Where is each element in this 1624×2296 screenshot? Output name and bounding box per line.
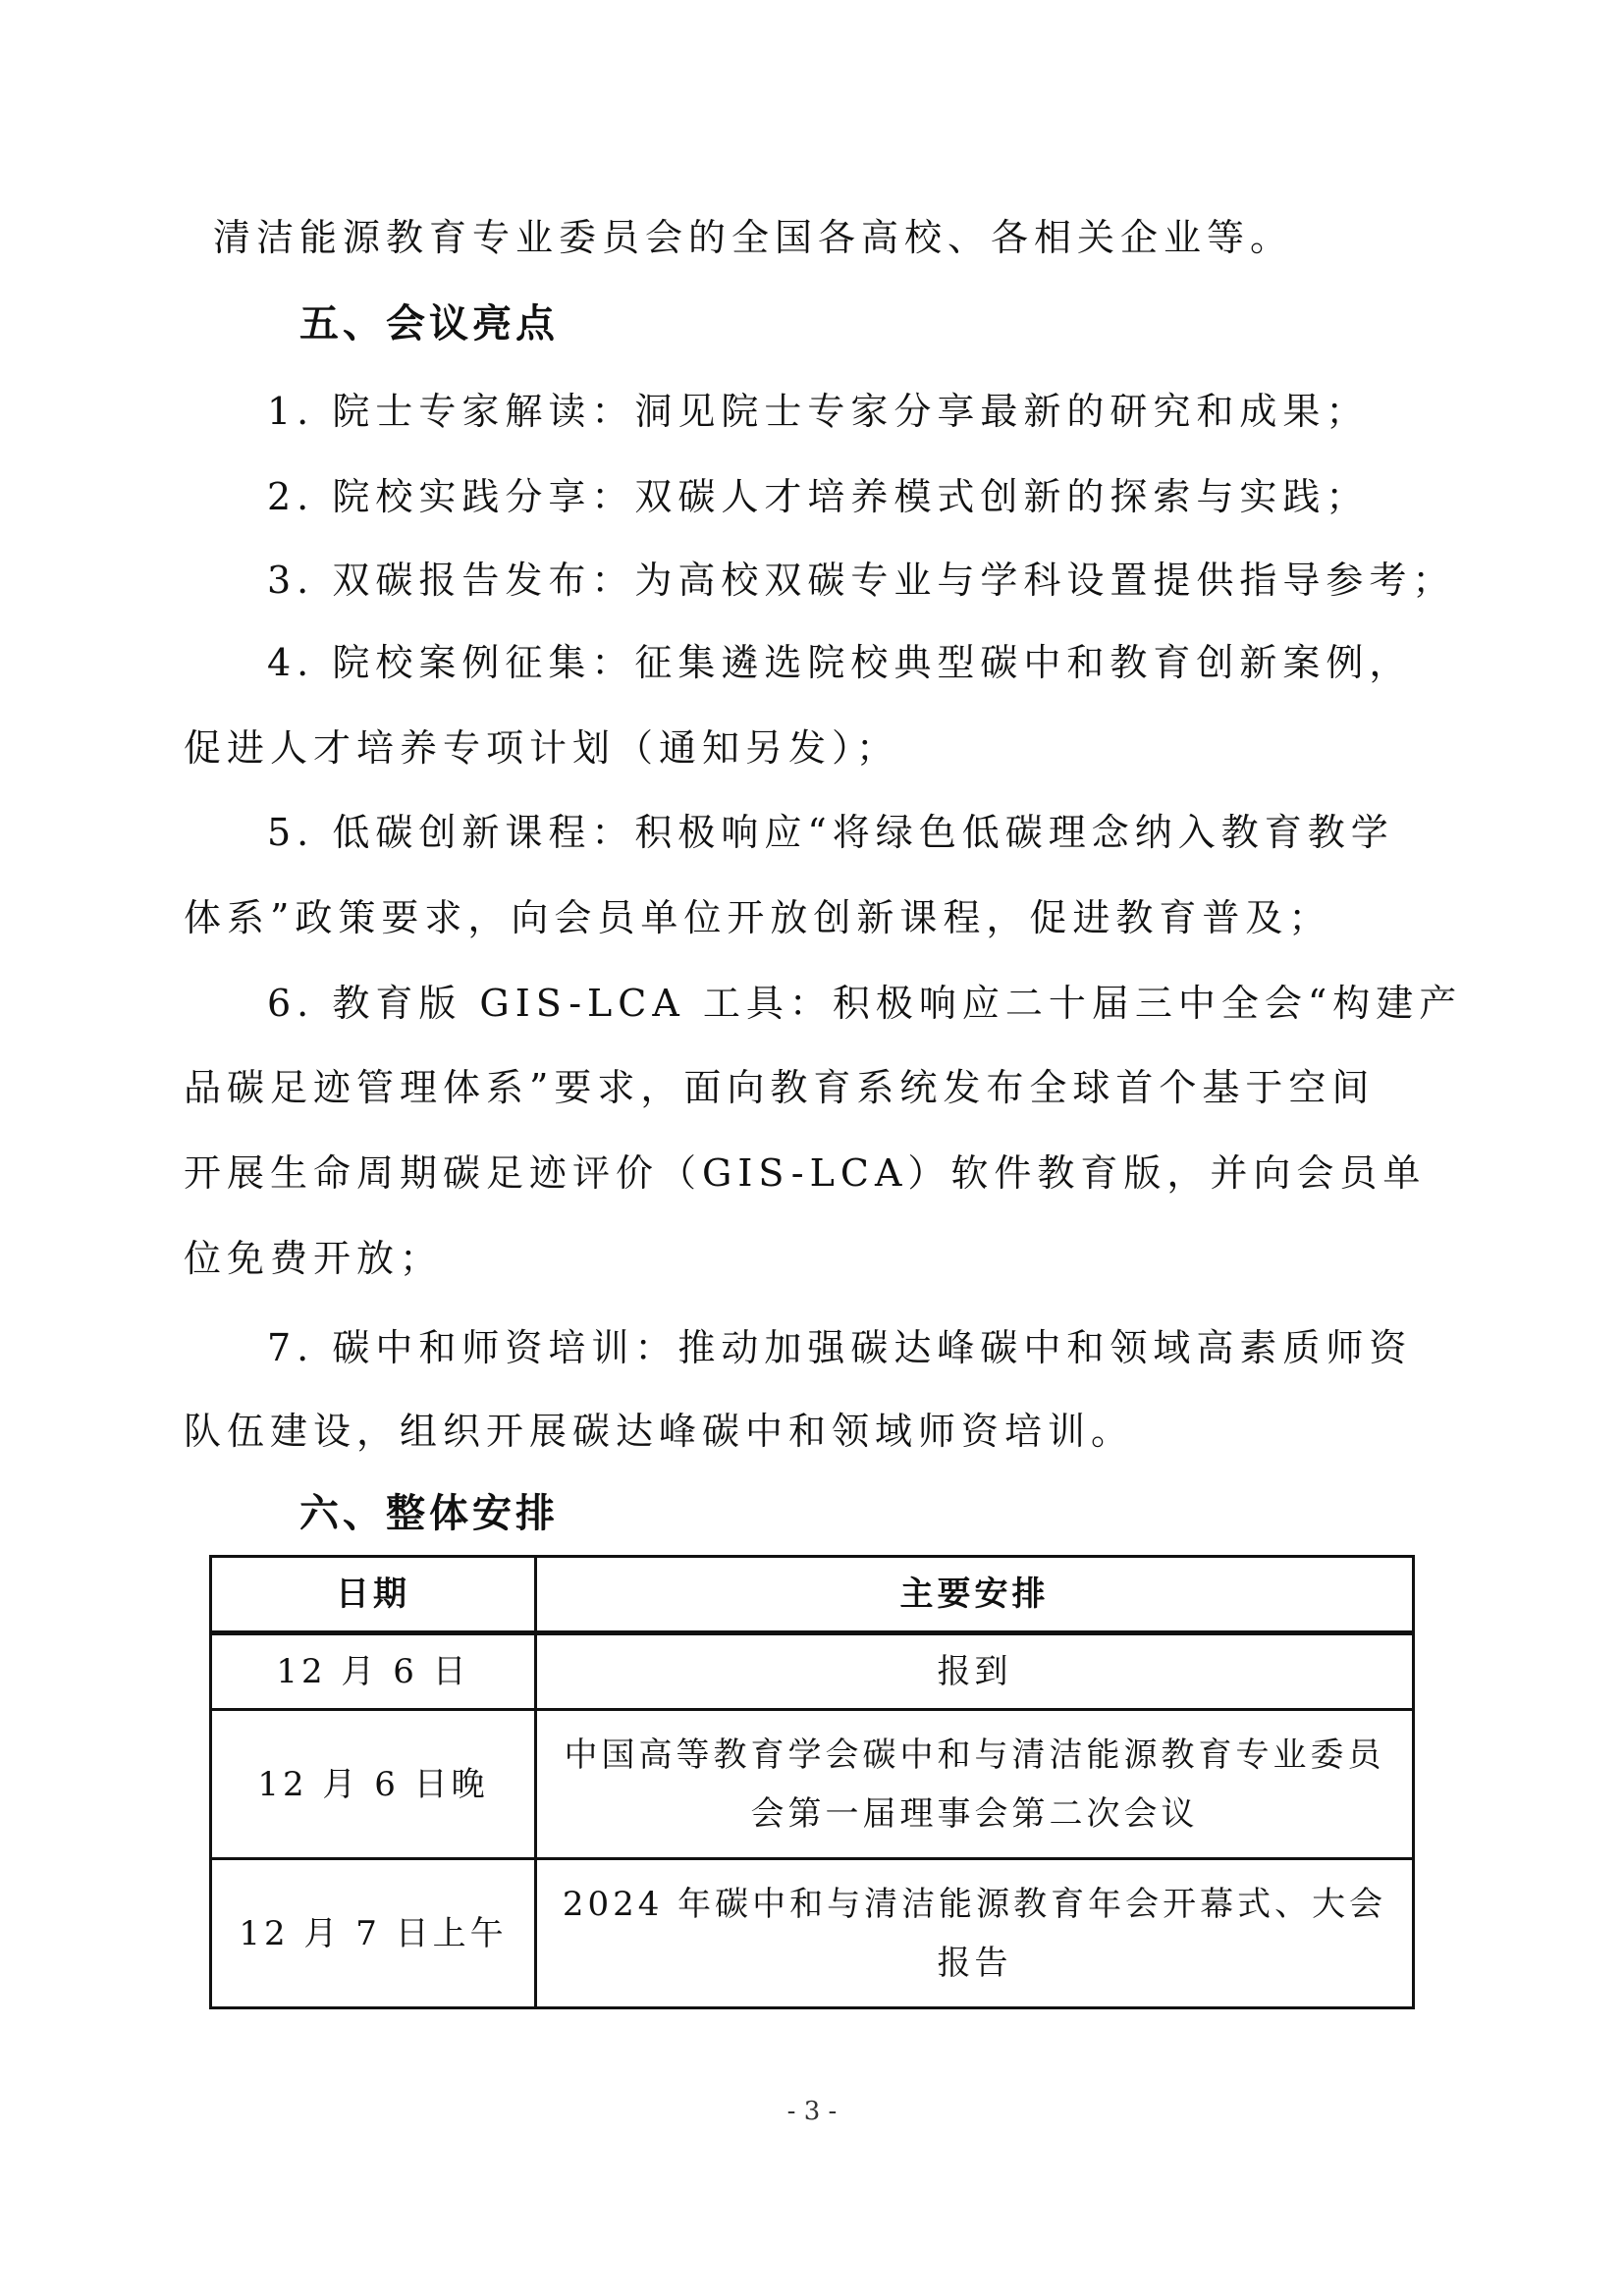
page-number: - 3 - <box>0 2097 1624 2126</box>
highlight-item-6-continued-1: 品碳足迹管理体系”要求，面向教育系统发布全球首个基于空间 <box>184 1065 1375 1110</box>
highlight-item-6-continued-3: 位免费开放； <box>184 1236 443 1281</box>
arrangement-cell: 报到 <box>536 1633 1414 1710</box>
table-header-row: 日期 主要安排 <box>211 1557 1414 1633</box>
schedule-table: 日期 主要安排 12 月 6 日 报到 12 月 6 日晚 中国高等教育学会碳中… <box>209 1555 1415 2009</box>
table-row: 12 月 7 日上午 2024 年碳中和与清洁能源教育年会开幕式、大会报告 <box>211 1859 1414 2008</box>
column-header-date: 日期 <box>211 1557 536 1633</box>
highlight-item-5-continued: 体系”政策要求，向会员单位开放创新课程，促进教育普及； <box>184 895 1331 940</box>
date-cell: 12 月 6 日 <box>211 1633 536 1710</box>
column-header-arrangement: 主要安排 <box>536 1557 1414 1633</box>
date-cell: 12 月 6 日晚 <box>211 1710 536 1859</box>
section-5-heading: 五、会议亮点 <box>299 300 559 347</box>
intro-tail-paragraph: 清洁能源教育专业委员会的全国各高校、各相关企业等。 <box>213 215 1293 260</box>
highlight-item-6-continued-2: 开展生命周期碳足迹评价（GIS-LCA）软件教育版，并向会员单 <box>184 1150 1426 1196</box>
arrangement-cell: 2024 年碳中和与清洁能源教育年会开幕式、大会报告 <box>536 1859 1414 2008</box>
highlight-item-6: 6. 教育版 GIS-LCA 工具：积极响应二十届三中全会“构建产 <box>267 981 1462 1026</box>
highlight-item-2: 2. 院校实践分享：双碳人才培养模式创新的探索与实践； <box>267 474 1369 519</box>
highlight-item-1: 1. 院士专家解读：洞见院士专家分享最新的研究和成果； <box>267 389 1369 434</box>
table-row: 12 月 6 日 报到 <box>211 1633 1414 1710</box>
arrangement-cell: 中国高等教育学会碳中和与清洁能源教育专业委员会第一届理事会第二次会议 <box>536 1710 1414 1859</box>
table-row: 12 月 6 日晚 中国高等教育学会碳中和与清洁能源教育专业委员会第一届理事会第… <box>211 1710 1414 1859</box>
highlight-item-7-continued: 队伍建设，组织开展碳达峰碳中和领域师资培训。 <box>184 1409 1134 1454</box>
date-cell: 12 月 7 日上午 <box>211 1859 536 2008</box>
highlight-item-3: 3. 双碳报告发布：为高校双碳专业与学科设置提供指导参考； <box>267 558 1455 603</box>
highlight-item-5: 5. 低碳创新课程：积极响应“将绿色低碳理念纳入教育教学 <box>267 810 1394 855</box>
highlight-item-4-continued: 促进人才培养专项计划（通知另发）； <box>184 725 899 771</box>
highlight-item-4: 4. 院校案例征集：征集遴选院校典型碳中和教育创新案例， <box>267 640 1412 685</box>
section-6-heading: 六、整体安排 <box>299 1490 559 1537</box>
highlight-item-7: 7. 碳中和师资培训：推动加强碳达峰碳中和领域高素质师资 <box>267 1325 1412 1370</box>
